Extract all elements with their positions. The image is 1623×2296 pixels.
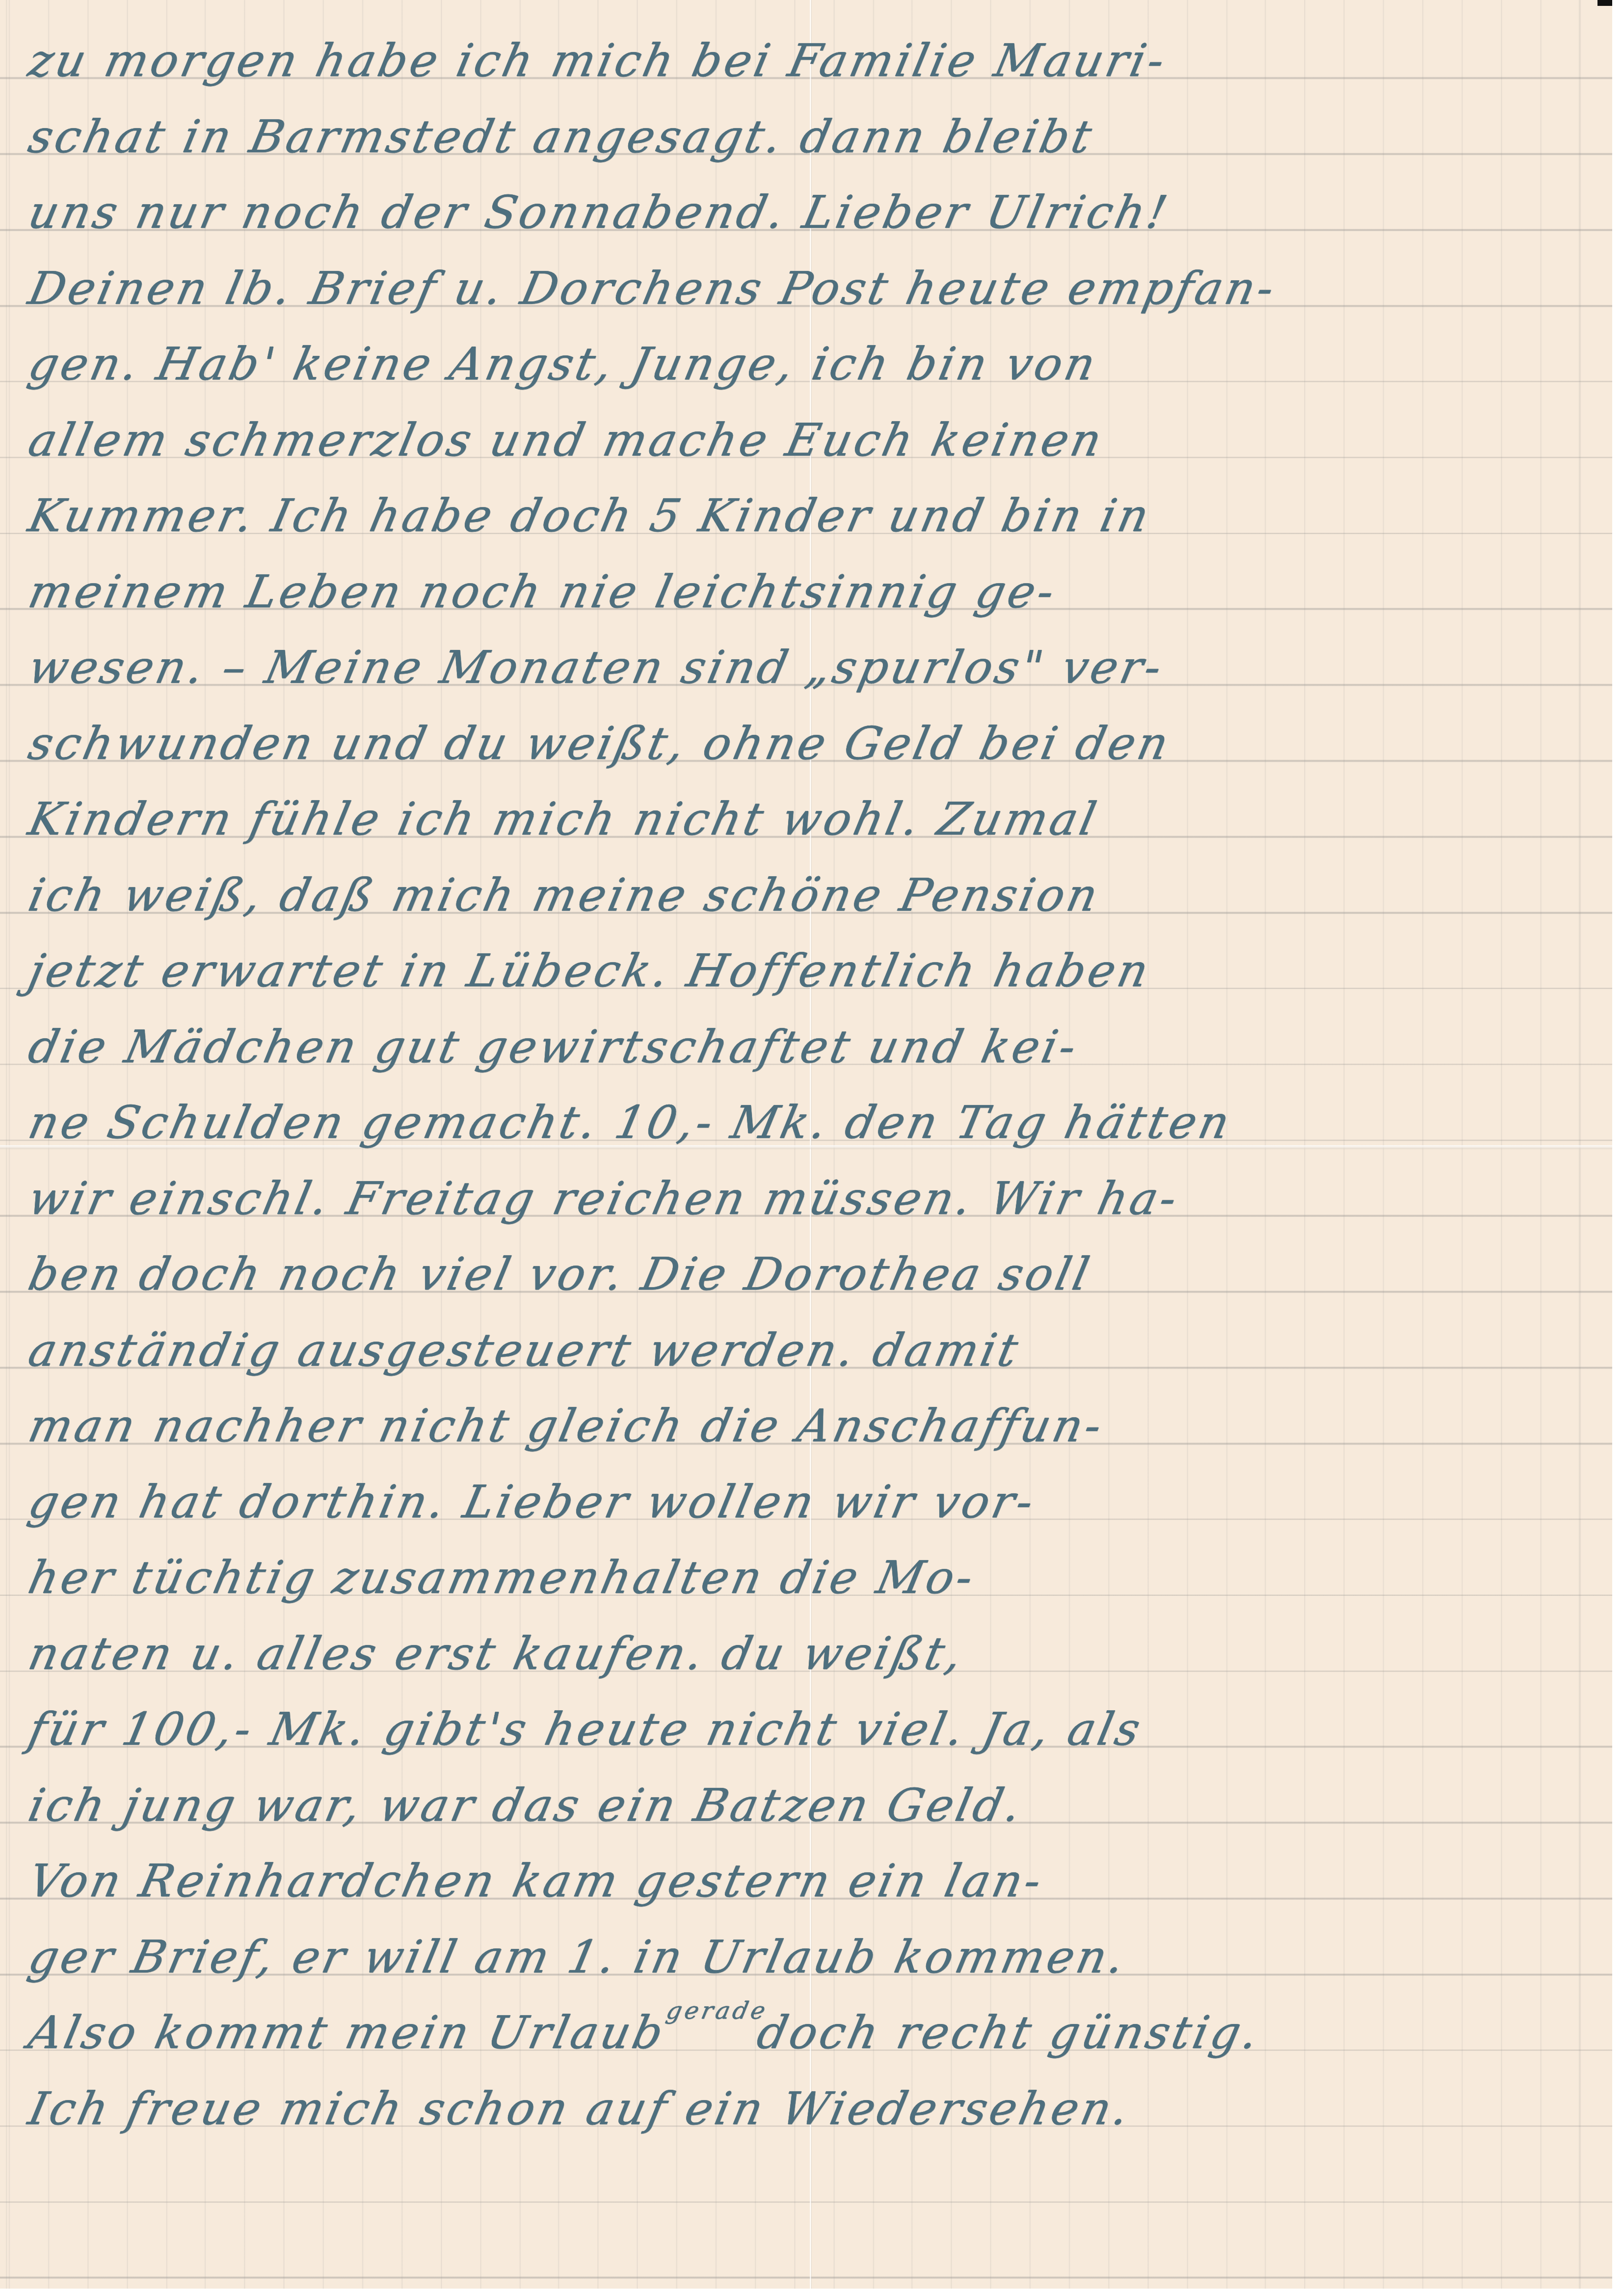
letter-line: Kindern fühle ich mich nicht wohl. Zumal — [22, 778, 1609, 854]
letter-line: Deinen lb. Brief u. Dorchens Post heute … — [22, 247, 1609, 324]
letter-line: ne Schulden gemacht. 10,- Mk. den Tag hä… — [22, 1081, 1609, 1158]
letter-line: allem schmerzlos und mache Euch keinen — [22, 399, 1609, 475]
letter-line: ich jung war, war das ein Batzen Geld. — [22, 1764, 1609, 1840]
letter-line: ich weiß, daß mich meine schöne Pension — [22, 854, 1609, 930]
letter-line: ben doch noch viel vor. Die Dorothea sol… — [22, 1233, 1609, 1309]
line-text-after: doch recht günstig. — [753, 2006, 1266, 2059]
letter-line: uns nur noch der Sonnabend. Lieber Ulric… — [22, 171, 1609, 247]
letter-line: meinem Leben noch nie leichtsinnig ge- — [22, 551, 1609, 627]
letter-line: zu morgen habe ich mich bei Familie Maur… — [22, 20, 1609, 96]
letter-line: ger Brief, er will am 1. in Urlaub komme… — [22, 1916, 1609, 1992]
letter-line: für 100,- Mk. gibt's heute nicht viel. J… — [22, 1688, 1609, 1764]
letter-line: wesen. – Meine Monaten sind „spurlos" ve… — [22, 626, 1609, 702]
letter-line: die Mädchen gut gewirtschaftet und kei- — [22, 1006, 1609, 1082]
letter-line: naten u. alles erst kaufen. du weißt, — [22, 1613, 1609, 1689]
letter-line: Von Reinhardchen kam gestern ein lan- — [22, 1840, 1609, 1916]
letter-closing-line: Ich freue mich schon auf ein Wiedersehen… — [22, 2068, 1609, 2144]
letter-page: zu morgen habe ich mich bei Familie Maur… — [0, 0, 1612, 2289]
line-text-before: Also kommt mein Urlaub — [24, 2006, 671, 2059]
letter-line: anständig ausgesteuert werden. damit — [22, 1309, 1609, 1385]
letter-line: gen. Hab' keine Angst, Junge, ich bin vo… — [22, 323, 1609, 399]
letter-line: schwunden und du weißt, ohne Geld bei de… — [22, 702, 1609, 779]
letter-line: wir einschl. Freitag reichen müssen. Wir… — [22, 1158, 1609, 1234]
letter-line: Kummer. Ich habe doch 5 Kinder und bin i… — [22, 475, 1609, 551]
letter-line: jetzt erwartet in Lübeck. Hoffentlich ha… — [22, 930, 1609, 1006]
letter-line: her tüchtig zusammenhalten die Mo- — [22, 1537, 1609, 1613]
letter-line: man nachher nicht gleich die Anschaffun- — [22, 1385, 1609, 1461]
letter-line: gen hat dorthin. Lieber wollen wir vor- — [22, 1461, 1609, 1537]
handwritten-letter-body: zu morgen habe ich mich bei Familie Maur… — [22, 20, 1593, 2143]
superscript-insertion: gerade — [664, 1997, 771, 2025]
letter-line: schat in Barmstedt angesagt. dann bleibt — [22, 96, 1609, 172]
scan-corner-mark — [1597, 0, 1612, 6]
letter-line: Also kommt mein Urlaub gerade doch recht… — [22, 1992, 1609, 2068]
